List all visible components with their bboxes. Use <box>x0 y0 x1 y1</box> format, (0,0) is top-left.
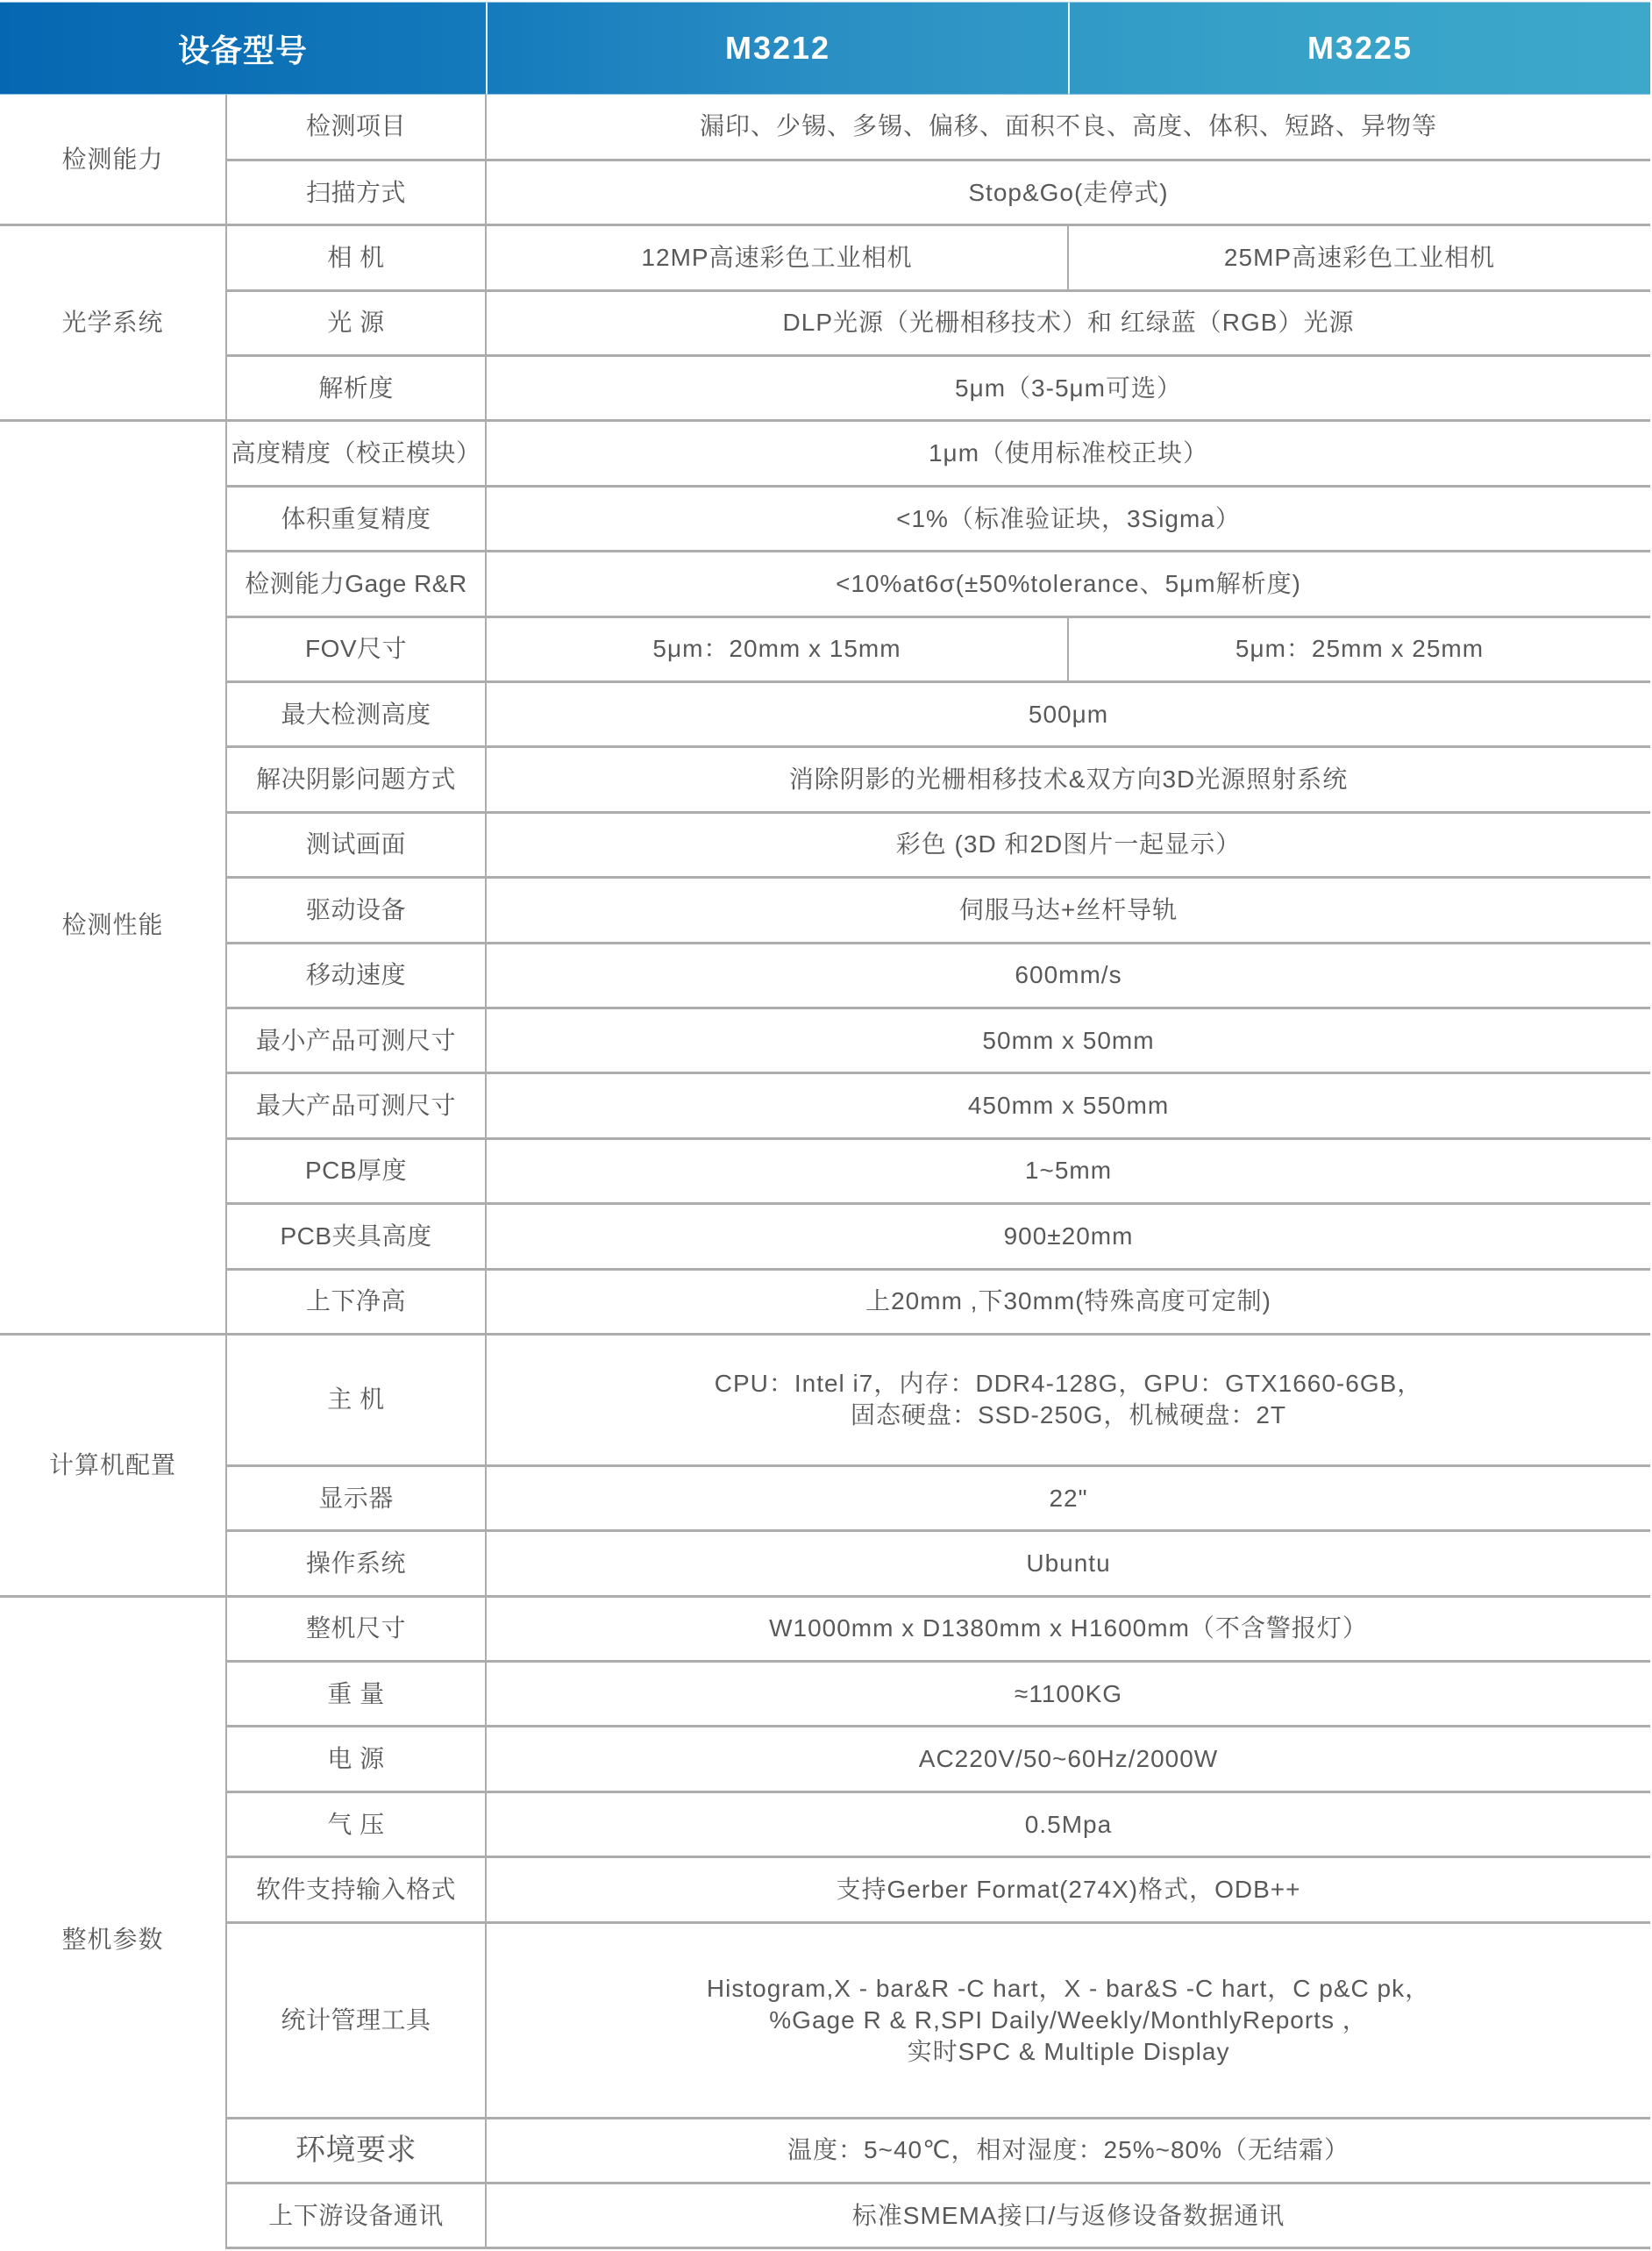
row-value: 标准SMEMA接口/与返修设备数据通讯 <box>486 2183 1650 2248</box>
row-value: 600mm/s <box>486 943 1650 1008</box>
row-value: Stop&Go(走停式) <box>486 160 1650 224</box>
row-label: 扫描方式 <box>226 160 486 224</box>
table-row: 上下游设备通讯 标准SMEMA接口/与返修设备数据通讯 <box>0 2183 1650 2248</box>
table-row: 最大检测高度 500μm <box>0 682 1650 747</box>
row-label: 移动速度 <box>226 943 486 1008</box>
row-label: 高度精度（校正模块） <box>226 421 486 486</box>
row-value: Ubuntu <box>486 1531 1650 1596</box>
row-label: 检测能力Gage R&R <box>226 552 486 616</box>
table-row: 操作系统 Ubuntu <box>0 1531 1650 1596</box>
row-label: FOV尺寸 <box>226 616 486 681</box>
table-row: 驱动设备 伺服马达+丝杆导轨 <box>0 878 1650 943</box>
row-value: 0.5Mpa <box>486 1792 1650 1856</box>
table-row: 检测性能 高度精度（校正模块） 1μm（使用标准校正块） <box>0 421 1650 486</box>
row-value: 彩色 (3D 和2D图片一起显示） <box>486 812 1650 877</box>
row-label: 气 压 <box>226 1792 486 1856</box>
row-value: 伺服马达+丝杆导轨 <box>486 878 1650 943</box>
table-row: 解析度 5μm（3-5μm可选） <box>0 356 1650 421</box>
row-label: 驱动设备 <box>226 878 486 943</box>
table-row: 显示器 22" <box>0 1465 1650 1530</box>
row-label: 软件支持输入格式 <box>226 1857 486 1922</box>
table-row: 上下净高 上20mm ,下30mm(特殊高度可定制) <box>0 1269 1650 1334</box>
table-row: FOV尺寸 5μm：20mm x 15mm 5μm：25mm x 25mm <box>0 616 1650 681</box>
section-label-detection-performance: 检测性能 <box>0 421 226 1334</box>
table-row: 环境要求 温度：5~40℃，相对湿度：25%~80%（无结霜） <box>0 2118 1650 2183</box>
table-row: 计算机配置 主 机 CPU：Intel i7，内存：DDR4-128G，GPU：… <box>0 1334 1650 1465</box>
row-label: 上下净高 <box>226 1269 486 1334</box>
value-line: 固态硬盘：SSD-250G，机械硬盘：2T <box>487 1400 1650 1431</box>
row-label: 主 机 <box>226 1334 486 1465</box>
row-label: 解析度 <box>226 356 486 421</box>
table-row: 重 量 ≈1100KG <box>0 1662 1650 1727</box>
row-label: 检测项目 <box>226 95 486 160</box>
row-label: 光 源 <box>226 290 486 355</box>
value-line: CPU：Intel i7，内存：DDR4-128G，GPU：GTX1660-6G… <box>487 1368 1650 1400</box>
table-row: 检测能力 检测项目 漏印、少锡、多锡、偏移、面积不良、高度、体积、短路、异物等 <box>0 95 1650 160</box>
row-label: 操作系统 <box>226 1531 486 1596</box>
table-row: 气 压 0.5Mpa <box>0 1792 1650 1856</box>
row-value-m3212: 5μm：20mm x 15mm <box>486 616 1068 681</box>
value-line: 实时SPC & Multiple Display <box>487 2036 1650 2068</box>
row-value: 450mm x 550mm <box>486 1073 1650 1138</box>
row-value: DLP光源（光栅相移技术）和 红绿蓝（RGB）光源 <box>486 290 1650 355</box>
table-row: 电 源 AC220V/50~60Hz/2000W <box>0 1727 1650 1792</box>
table-row: 整机参数 整机尺寸 W1000mm x D1380mm x H1600mm（不含… <box>0 1596 1650 1661</box>
row-label: 统计管理工具 <box>226 1922 486 2118</box>
row-label: 整机尺寸 <box>226 1596 486 1661</box>
table-row: PCB夹具高度 900±20mm <box>0 1204 1650 1269</box>
table-row: 扫描方式 Stop&Go(走停式) <box>0 160 1650 224</box>
row-value: <10%at6σ(±50%tolerance、5μm解析度) <box>486 552 1650 616</box>
row-label: 最大产品可测尺寸 <box>226 1073 486 1138</box>
value-line: Histogram,X - bar&R -C hart，X - bar&S -C… <box>487 1973 1650 2005</box>
row-value: 温度：5~40℃，相对湿度：25%~80%（无结霜） <box>486 2118 1650 2183</box>
row-value-m3225: 25MP高速彩色工业相机 <box>1068 225 1650 290</box>
value-line: %Gage R & R,SPI Daily/Weekly/MonthlyRepo… <box>487 2005 1650 2036</box>
table-row: 最大产品可测尺寸 450mm x 550mm <box>0 1073 1650 1138</box>
section-label-detection-capability: 检测能力 <box>0 95 226 225</box>
header-model-m3212: M3212 <box>486 3 1068 94</box>
header-model-m3225: M3225 <box>1068 3 1650 94</box>
table-row: 测试画面 彩色 (3D 和2D图片一起显示） <box>0 812 1650 877</box>
row-label: 最小产品可测尺寸 <box>226 1008 486 1072</box>
row-value-m3225: 5μm：25mm x 25mm <box>1068 616 1650 681</box>
row-value: 上20mm ,下30mm(特殊高度可定制) <box>486 1269 1650 1334</box>
row-label: 解决阴影问题方式 <box>226 747 486 812</box>
row-value: AC220V/50~60Hz/2000W <box>486 1727 1650 1792</box>
row-label: 体积重复精度 <box>226 486 486 551</box>
row-value: 1~5mm <box>486 1138 1650 1203</box>
table-row: 解决阴影问题方式 消除阴影的光栅相移技术&双方向3D光源照射系统 <box>0 747 1650 812</box>
table-header: 设备型号 M3212 M3225 <box>0 2 1650 95</box>
row-value: 22" <box>486 1465 1650 1530</box>
table-row: 体积重复精度 <1%（标准验证块，3Sigma） <box>0 486 1650 551</box>
section-label-optical-system: 光学系统 <box>0 225 226 421</box>
row-label: 最大检测高度 <box>226 682 486 747</box>
table-row: 统计管理工具 Histogram,X - bar&R -C hart，X - b… <box>0 1922 1650 2118</box>
row-value: W1000mm x D1380mm x H1600mm（不含警报灯） <box>486 1596 1650 1661</box>
row-value: <1%（标准验证块，3Sigma） <box>486 486 1650 551</box>
row-value: 消除阴影的光栅相移技术&双方向3D光源照射系统 <box>486 747 1650 812</box>
section-label-computer-config: 计算机配置 <box>0 1334 226 1596</box>
row-value-multiline: Histogram,X - bar&R -C hart，X - bar&S -C… <box>486 1922 1650 2118</box>
row-label: PCB厚度 <box>226 1138 486 1203</box>
header-model-label: 设备型号 <box>0 3 486 94</box>
section-label-machine-params: 整机参数 <box>0 1596 226 2248</box>
row-label: 上下游设备通讯 <box>226 2183 486 2248</box>
row-value: ≈1100KG <box>486 1662 1650 1727</box>
table-row: 光 源 DLP光源（光栅相移技术）和 红绿蓝（RGB）光源 <box>0 290 1650 355</box>
row-value: 50mm x 50mm <box>486 1008 1650 1072</box>
table-row: 最小产品可测尺寸 50mm x 50mm <box>0 1008 1650 1072</box>
row-label: 显示器 <box>226 1465 486 1530</box>
row-value-m3212: 12MP高速彩色工业相机 <box>486 225 1068 290</box>
table-row: 检测能力Gage R&R <10%at6σ(±50%tolerance、5μm解… <box>0 552 1650 616</box>
row-label: 环境要求 <box>226 2118 486 2183</box>
row-label: 重 量 <box>226 1662 486 1727</box>
row-label: 电 源 <box>226 1727 486 1792</box>
row-value: 漏印、少锡、多锡、偏移、面积不良、高度、体积、短路、异物等 <box>486 95 1650 160</box>
row-value: 5μm（3-5μm可选） <box>486 356 1650 421</box>
row-label: 相 机 <box>226 225 486 290</box>
row-value: 1μm（使用标准校正块） <box>486 421 1650 486</box>
row-label: 测试画面 <box>226 812 486 877</box>
row-value: 900±20mm <box>486 1204 1650 1269</box>
row-label: PCB夹具高度 <box>226 1204 486 1269</box>
spec-table: 检测能力 检测项目 漏印、少锡、多锡、偏移、面积不良、高度、体积、短路、异物等 … <box>0 95 1650 2249</box>
row-value: 500μm <box>486 682 1650 747</box>
table-row: 光学系统 相 机 12MP高速彩色工业相机 25MP高速彩色工业相机 <box>0 225 1650 290</box>
table-row: 软件支持输入格式 支持Gerber Format(274X)格式，ODB++ <box>0 1857 1650 1922</box>
row-value: 支持Gerber Format(274X)格式，ODB++ <box>486 1857 1650 1922</box>
row-value-multiline: CPU：Intel i7，内存：DDR4-128G，GPU：GTX1660-6G… <box>486 1334 1650 1465</box>
table-row: 移动速度 600mm/s <box>0 943 1650 1008</box>
table-row: PCB厚度 1~5mm <box>0 1138 1650 1203</box>
